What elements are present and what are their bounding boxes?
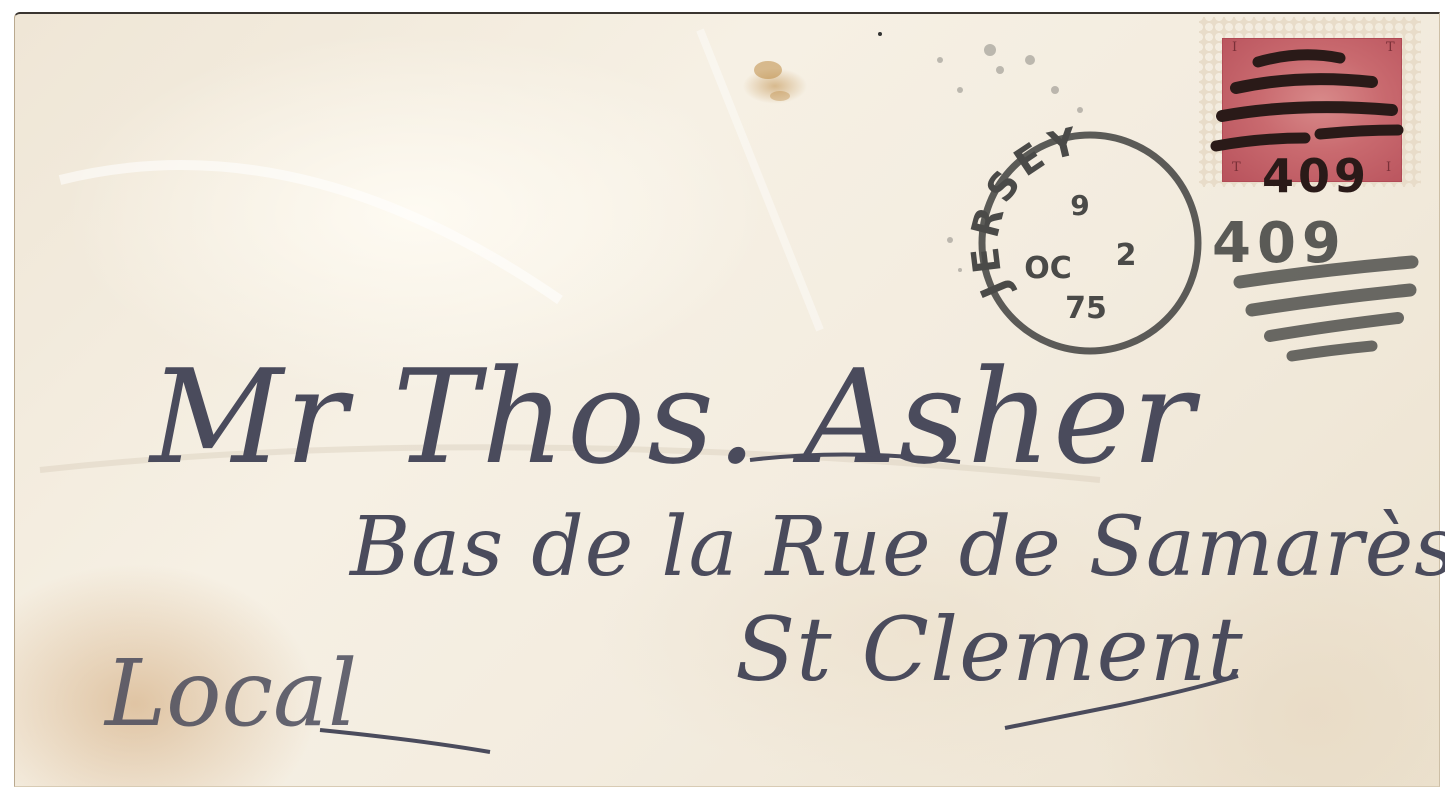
address-line-2: Bas de la Rue de Samarès [348, 500, 1445, 595]
numeral-409-stamp: 409 [1262, 149, 1370, 203]
postmark-day: 2 [1116, 238, 1137, 273]
address-line-1: Mr Thos. Asher [148, 341, 1201, 493]
postmark-year: 75 [1065, 291, 1107, 326]
postmark-jersey: JERSEY 9 OC 2 75 [962, 118, 1198, 351]
duplex-bars-stamp [1216, 55, 1398, 146]
handwritten-address: Mr Thos. Asher Bas de la Rue de Samarès … [103, 341, 1445, 752]
annotation-local: Local [103, 640, 357, 747]
postmark-code: 9 [1070, 189, 1089, 222]
postmark-month: OC [1024, 251, 1072, 286]
cancellations: 409 409 JERSEY 9 OC 2 75 Mr Thos. Asher … [0, 0, 1445, 800]
duplex-bars-cover [1240, 262, 1412, 356]
address-line-3: St Clement [735, 598, 1244, 701]
